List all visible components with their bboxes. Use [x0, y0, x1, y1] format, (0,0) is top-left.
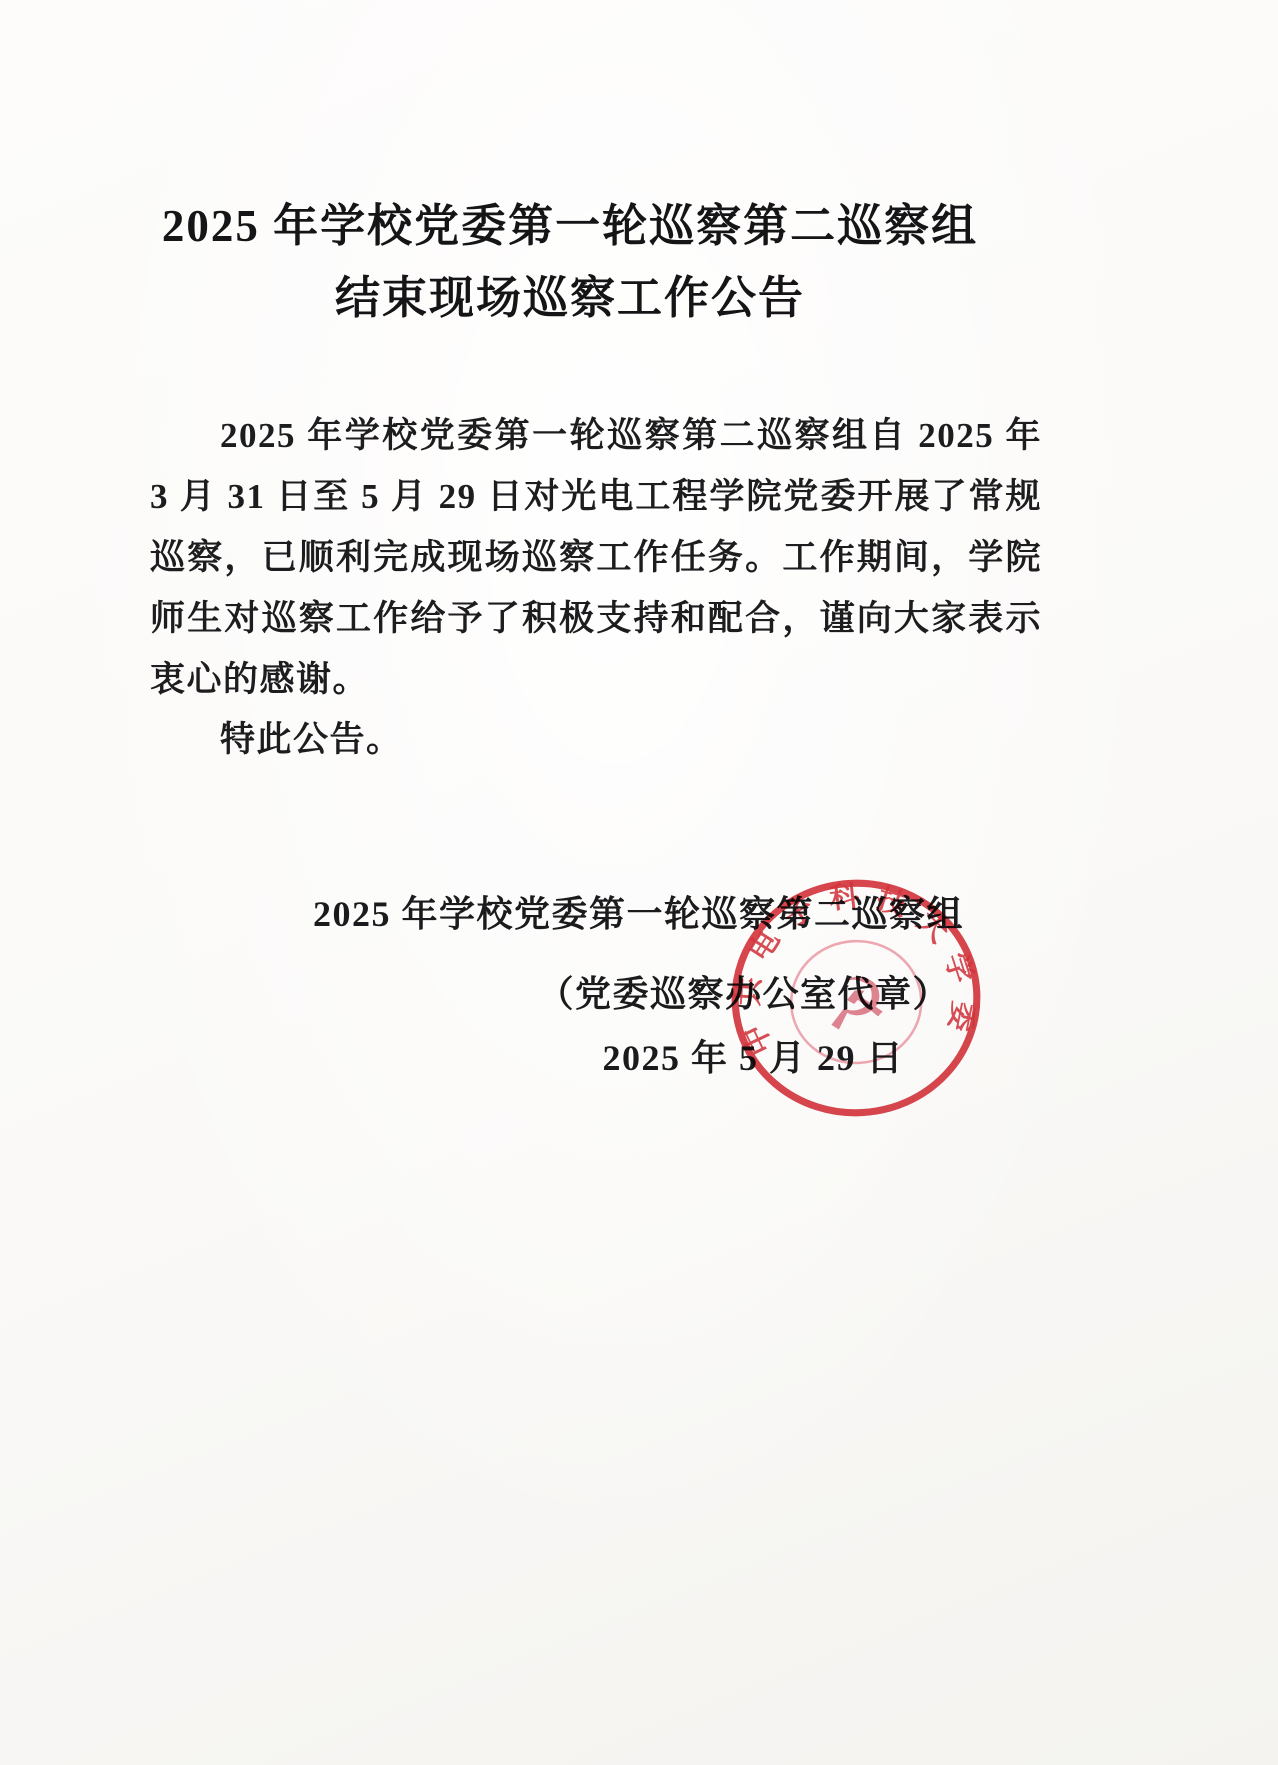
- document-title: 2025 年学校党委第一轮巡察第二巡察组 结束现场巡察工作公告: [128, 190, 1012, 334]
- signature-org-line: 2025 年学校党委第一轮巡察第二巡察组: [150, 896, 964, 932]
- signature-proxy-line: （党委巡察办公室代章）: [150, 976, 964, 1012]
- document-title-line1: 2025 年学校党委第一轮巡察第二巡察组: [128, 190, 1012, 262]
- scanned-announcement-page: 2025 年学校党委第一轮巡察第二巡察组 结束现场巡察工作公告 2025 年学校…: [0, 0, 1278, 1765]
- document-title-line2: 结束现场巡察工作公告: [128, 262, 1012, 334]
- body-paragraph-closing: 特此公告。: [150, 710, 1042, 771]
- body-paragraph-main: 2025 年学校党委第一轮巡察第二巡察组自 2025 年 3 月 31 日至 5…: [150, 406, 1042, 710]
- signature-date: 2025 年 5 月 29 日: [150, 1040, 964, 1076]
- document-body: 2025 年学校党委第一轮巡察第二巡察组自 2025 年 3 月 31 日至 5…: [150, 406, 1042, 771]
- signature-block: 2025 年学校党委第一轮巡察第二巡察组 （党委巡察办公室代章） 2025 年 …: [150, 896, 964, 1076]
